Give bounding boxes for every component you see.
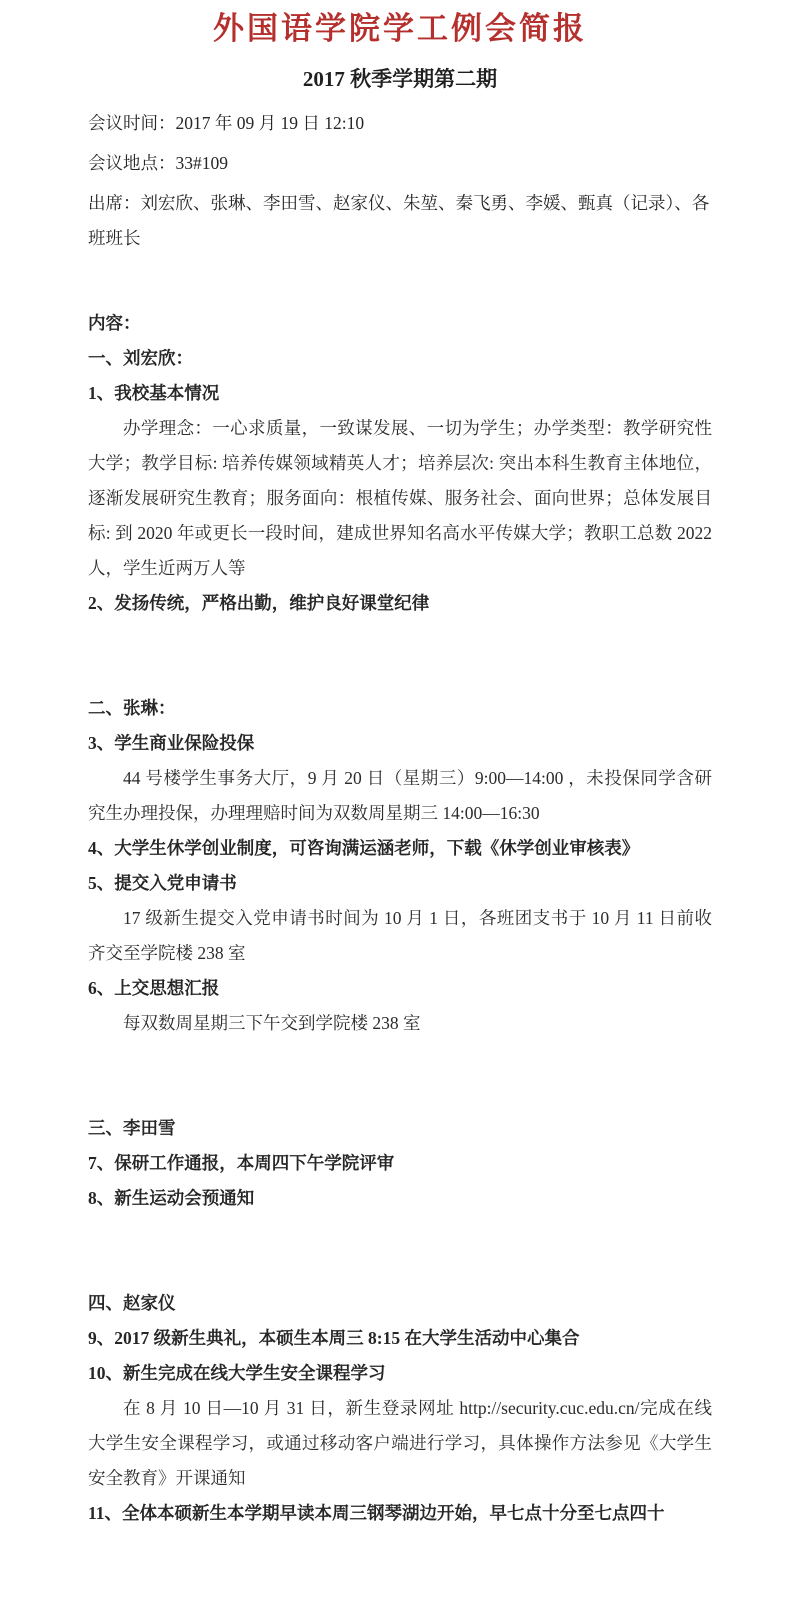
speaker-1-heading: 一、刘宏欣：: [88, 341, 712, 376]
item-11-heading: 11、全体本硕新生本学期早读本周三钢琴湖边开始，早七点十分至七点四十: [88, 1496, 712, 1531]
meeting-info: 会议时间：2017 年 09 月 19 日 12:10 会议地点：33#109 …: [88, 106, 712, 256]
bulletin-document: 外国语学院学工例会简报 2017 秋季学期第二期 会议时间：2017 年 09 …: [0, 0, 800, 1600]
meeting-attendees: 出席：刘宏欣、张琳、李田雪、赵家仪、朱堃、秦飞勇、李媛、甄真（记录）、各班班长: [88, 186, 712, 256]
issue-subtitle: 2017 秋季学期第二期: [88, 64, 712, 94]
item-1-body: 办学理念：一心求质量，一致谋发展、一切为学生；办学类型：教学研究性大学；教学目标…: [88, 411, 712, 586]
section-speaker-4: 四、赵家仪 9、2017 级新生典礼，本硕生本周三 8:15 在大学生活动中心集…: [88, 1286, 712, 1531]
speaker-3-heading: 三、李田雪: [88, 1111, 712, 1146]
item-10-heading: 10、新生完成在线大学生安全课程学习: [88, 1356, 712, 1391]
item-8-heading: 8、新生运动会预通知: [88, 1181, 712, 1216]
item-4-heading: 4、大学生休学创业制度，可咨询满运涵老师，下载《休学创业审核表》: [88, 831, 712, 866]
item-6-heading: 6、上交思想汇报: [88, 971, 712, 1006]
meeting-place: 会议地点：33#109: [88, 146, 712, 181]
section-speaker-2: 二、张琳： 3、学生商业保险投保 44 号楼学生事务大厅，9 月 20 日（星期…: [88, 691, 712, 1041]
item-3-body: 44 号楼学生事务大厅，9 月 20 日（星期三）9:00—14:00 ，未投保…: [88, 761, 712, 831]
item-5-body: 17 级新生提交入党申请书时间为 10 月 1 日，各班团支书于 10 月 11…: [88, 901, 712, 971]
page-body: 外国语学院学工例会简报 2017 秋季学期第二期 会议时间：2017 年 09 …: [0, 0, 800, 1531]
item-6-body: 每双数周星期三下午交到学院楼 238 室: [88, 1006, 712, 1041]
item-1-heading: 1、我校基本情况: [88, 376, 712, 411]
section-speaker-1: 一、刘宏欣： 1、我校基本情况 办学理念：一心求质量，一致谋发展、一切为学生；办…: [88, 341, 712, 621]
content-label: 内容：: [88, 306, 712, 341]
item-5-heading: 5、提交入党申请书: [88, 866, 712, 901]
speaker-2-heading: 二、张琳：: [88, 691, 712, 726]
document-title: 外国语学院学工例会简报: [88, 6, 712, 50]
item-9-heading: 9、2017 级新生典礼，本硕生本周三 8:15 在大学生活动中心集合: [88, 1321, 712, 1356]
item-7-heading: 7、保研工作通报，本周四下午学院评审: [88, 1146, 712, 1181]
item-10-body: 在 8 月 10 日—10 月 31 日，新生登录网址 http://secur…: [88, 1391, 712, 1496]
speaker-4-heading: 四、赵家仪: [88, 1286, 712, 1321]
meeting-time: 会议时间：2017 年 09 月 19 日 12:10: [88, 106, 712, 141]
section-speaker-3: 三、李田雪 7、保研工作通报，本周四下午学院评审 8、新生运动会预通知: [88, 1111, 712, 1216]
item-3-heading: 3、学生商业保险投保: [88, 726, 712, 761]
item-2-heading: 2、发扬传统，严格出勤，维护良好课堂纪律: [88, 586, 712, 621]
